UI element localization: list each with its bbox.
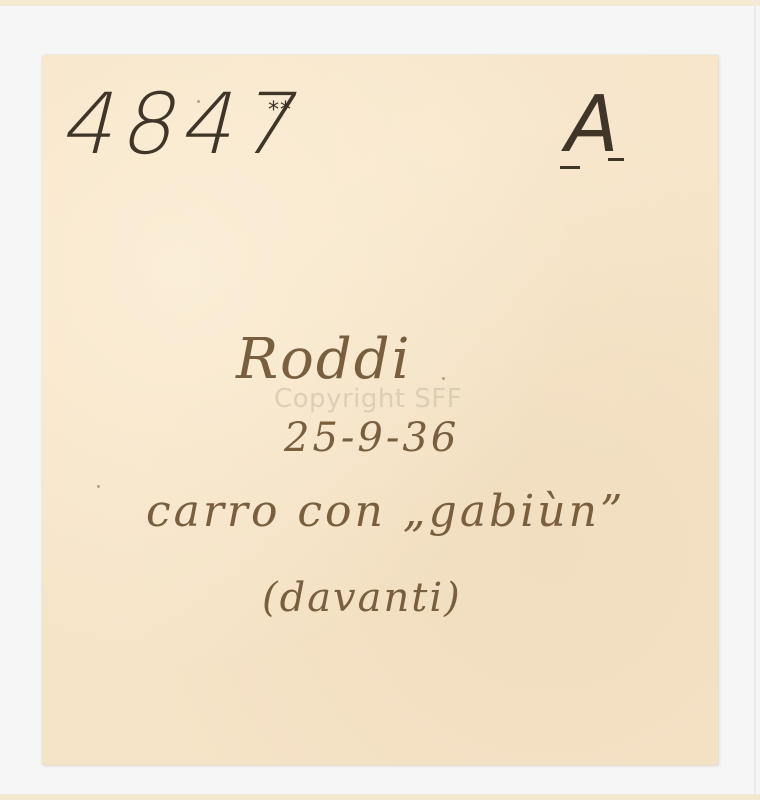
paper-speck bbox=[97, 485, 100, 488]
caption: carro con „gabiùn” bbox=[146, 490, 625, 534]
paper-speck bbox=[442, 377, 445, 380]
mat-top-edge bbox=[0, 0, 760, 6]
mat-bottom-edge bbox=[0, 794, 760, 800]
copyright-watermark: Copyright SFF bbox=[274, 384, 462, 414]
note: (davanti) bbox=[262, 578, 462, 618]
marks-stars: ** bbox=[268, 100, 292, 122]
mat-right-edge bbox=[754, 0, 756, 800]
series-underline bbox=[608, 158, 624, 161]
date: 25-9-36 bbox=[284, 418, 459, 458]
series-underline bbox=[560, 166, 580, 169]
catalog-number: 4847 bbox=[56, 82, 315, 166]
place-name: Roddi bbox=[236, 332, 411, 388]
